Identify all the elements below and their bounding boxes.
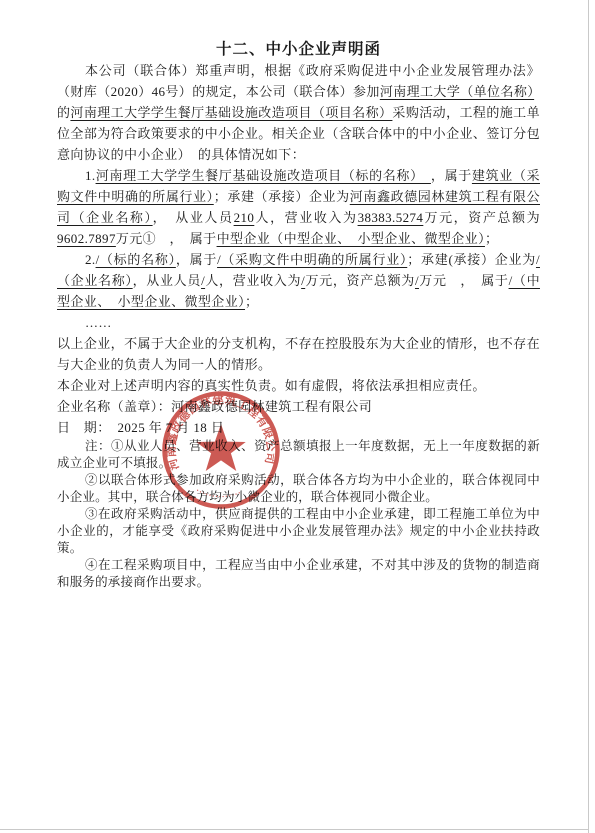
document-title: 十二、中小企业声明函 bbox=[57, 0, 540, 60]
date-line: 日 期： 2025 年 7 月 18 日 bbox=[57, 417, 540, 438]
note-1: 注：①从业人员、营业收入、资产总额填报上一年度数据，无上一年度数据的新成立企业可… bbox=[57, 438, 540, 472]
text-segment: ； bbox=[245, 294, 258, 309]
text-segment: ；承建(承接）企业为 bbox=[407, 252, 536, 267]
text-segment: 本企业对上述声明内容的真实性负责。如有虚假，将依法承担相应责任。 bbox=[57, 378, 486, 393]
text-segment: ③在政府采购活动中，供应商提供的工程由中小企业承建，即工程施工单位为中小企业的，… bbox=[57, 507, 540, 555]
text-segment: 万元，资产总额为 bbox=[423, 210, 540, 225]
text-segment: ④在工程采购项目中，工程应当由中小企业承建，不对其中涉及的货物的制造商和服务的承… bbox=[57, 558, 540, 589]
text-segment: 万元① ， 属于 bbox=[116, 231, 217, 246]
page-edge-right bbox=[588, 0, 589, 833]
text-segment: 人，营业收入为 bbox=[205, 273, 301, 288]
text-segment: ；承建（承接）企业为 bbox=[214, 189, 350, 204]
text-segment: ， 从业人员 bbox=[153, 210, 234, 225]
text-segment: 1. bbox=[85, 168, 96, 183]
item-2: 2./（标的名称），属于/（采购文件中明确的所属行业）；承建(承接）企业为/（企… bbox=[57, 249, 540, 312]
document-body: 本公司（联合体）郑重声明，根据《政府采购促进中小企业发展管理办法》（财库（202… bbox=[57, 60, 540, 438]
company-name-line: 企业名称（盖章）：河南鑫政德园林建筑工程有限公司 bbox=[57, 396, 540, 417]
underlined-field-value: 9602.7897 bbox=[57, 231, 116, 246]
underlined-field-value: /（标的名称） bbox=[96, 252, 176, 267]
ellipsis: …… bbox=[57, 312, 540, 333]
text-segment: ，属于 bbox=[176, 252, 217, 267]
underlined-field-value: 210 bbox=[234, 210, 255, 225]
text-segment: ，从业人员 bbox=[133, 273, 201, 288]
note-2: ②以联合体形式参加政府采购活动，联合体各方均为中小企业的，联合体视同中小企业。其… bbox=[57, 472, 540, 506]
underlined-field-value: 河南理工大学学生餐厅基础设施改造项目（标的名称） bbox=[96, 168, 431, 183]
text-segment: 万元 ， 属于 bbox=[419, 273, 509, 288]
responsibility-statement: 本企业对上述声明内容的真实性负责。如有虚假，将依法承担相应责任。 bbox=[57, 375, 540, 396]
text-segment: 以上企业，不属于大企业的分支机构，不存在控股股东为大企业的情形，也不存在与大企业… bbox=[57, 336, 540, 372]
page-edge-bottom bbox=[0, 829, 589, 830]
document-page: 十二、中小企业声明函 本公司（联合体）郑重声明，根据《政府采购促进中小企业发展管… bbox=[0, 0, 595, 833]
underlined-field-value: 38383.5274 bbox=[358, 210, 424, 225]
text-segment: …… bbox=[85, 315, 112, 330]
document-content: 十二、中小企业声明函 本公司（联合体）郑重声明，根据《政府采购促进中小企业发展管… bbox=[57, 0, 540, 591]
notes-section: 注：①从业人员、营业收入、资产总额填报上一年度数据，无上一年度数据的新成立企业可… bbox=[57, 438, 540, 591]
item-1: 1.河南理工大学学生餐厅基础设施改造项目（标的名称） ，属于建筑业（采购文件中明… bbox=[57, 165, 540, 249]
intro-paragraph: 本公司（联合体）郑重声明，根据《政府采购促进中小企业发展管理办法》（财库（202… bbox=[57, 60, 540, 165]
note-4: ④在工程采购项目中，工程应当由中小企业承建，不对其中涉及的货物的制造商和服务的承… bbox=[57, 557, 540, 591]
text-segment: 企业名称（盖章）：河南鑫政德园林建筑工程有限公司 bbox=[57, 399, 372, 414]
text-segment: 人，营业收入为 bbox=[254, 210, 357, 225]
text-segment: ②以联合体形式参加政府采购活动，联合体各方均为中小企业的，联合体视同中小企业。其… bbox=[57, 473, 540, 504]
text-segment: 日 期： 2025 年 7 月 18 日 bbox=[57, 420, 224, 435]
text-segment: 2. bbox=[85, 252, 96, 267]
underlined-field-value: 中型企业（中型企业、 小型企业、微型企业） bbox=[217, 231, 485, 246]
underlined-field-value: 河南理工大学学生餐厅基础设施改造项目（项目名称） bbox=[70, 105, 392, 120]
no-affiliation-statement: 以上企业，不属于大企业的分支机构，不存在控股股东为大企业的情形，也不存在与大企业… bbox=[57, 333, 540, 375]
underlined-field-value: 河南理工大学（单位名称） bbox=[380, 84, 534, 99]
text-segment: ，属于 bbox=[431, 168, 472, 183]
text-segment: ； bbox=[485, 231, 498, 246]
note-3: ③在政府采购活动中，供应商提供的工程由中小企业承建，即工程施工单位为中小企业的，… bbox=[57, 506, 540, 557]
text-segment: 万元，资产总额为 bbox=[305, 273, 415, 288]
text-segment: 注：①从业人员、营业收入、资产总额填报上一年度数据，无上一年度数据的新成立企业可… bbox=[57, 439, 540, 470]
underlined-field-value: /（采购文件中明确的所属行业） bbox=[217, 252, 407, 267]
